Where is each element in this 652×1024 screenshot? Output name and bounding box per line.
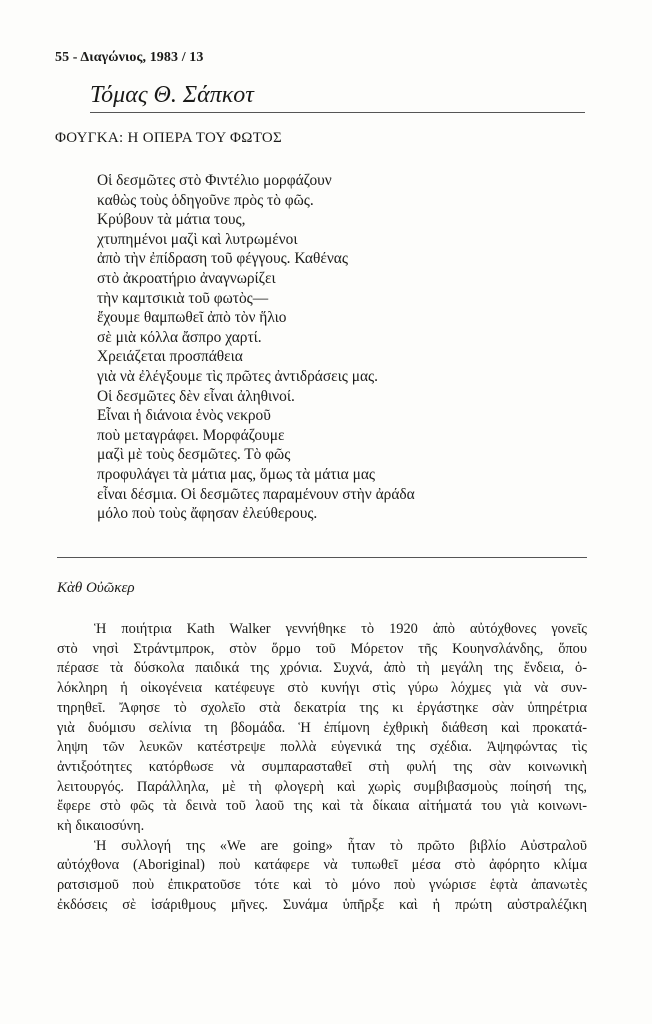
poem-line: ποὺ μεταγράφει. Μορφάζουμε xyxy=(97,426,415,446)
poem-line: χτυπημένοι μαζὶ καὶ λυτρωμένοι xyxy=(97,230,415,250)
poem-line: Εἶναι ἡ διάνοια ἑνὸς νεκροῦ xyxy=(97,406,415,426)
poem-line: Οἱ δεσμῶτες στὸ Φιντέλιο μορφάζουν xyxy=(97,171,415,191)
poem-body: Οἱ δεσμῶτες στὸ Φιντέλιο μορφάζουν καθὼς… xyxy=(97,171,415,524)
bio-paragraph-2: Ἡ συλλογή της «We are going» ἦταν τὸ πρῶ… xyxy=(57,837,587,916)
bio-line: γιὰ δυόμισυ σελίνια τη βδομάδα. Ἡ ἐπίμον… xyxy=(57,719,587,739)
bio-paragraph-1: Ἡ ποιήτρια Kath Walker γεννήθηκε τὸ 1920… xyxy=(57,620,587,837)
bio-line: κὴ δικαιοσύνη. xyxy=(57,817,587,837)
poem-line: σὲ μιὰ κόλλα ἄσπρο χαρτί. xyxy=(97,328,415,348)
bio-line: ρατσισμοῦ ποὺ ἐπικρατοῦσε τότε καὶ τὸ μό… xyxy=(57,876,587,896)
poem-line: ἔχουμε θαμπωθεῖ ἀπὸ τὸν ἥλιο xyxy=(97,308,415,328)
section-rule-divider xyxy=(57,557,587,558)
poem-line: τὴν καμτσικιὰ τοῦ φωτὸς— xyxy=(97,289,415,309)
bio-line: ἀντιξοότητες κατόρθωσε νὰ συμπαρασταθεῖ … xyxy=(57,758,587,778)
poem-line: μόλο ποὺ τοὺς ἄφησαν ἐλεύθερους. xyxy=(97,504,415,524)
bio-line: τηρηθεῖ. Ἄφησε τὸ σχολεῖο στὰ δεκατρία τ… xyxy=(57,699,587,719)
poem-line: καθὼς τοὺς ὁδηγοῦνε πρὸς τὸ φῶς. xyxy=(97,191,415,211)
poem-line: Οἱ δεσμῶτες δὲν εἶναι ἀληθινοί. xyxy=(97,387,415,407)
author-rule-divider xyxy=(90,112,585,113)
poem-line: μαζὶ μὲ τοὺς δεσμῶτες. Τὸ φῶς xyxy=(97,445,415,465)
poem-line: εἶναι δέσμια. Οἱ δεσμῶτες παραμένουν στὴ… xyxy=(97,485,415,505)
poem-line: γιὰ νὰ ἐλέγξουμε τὶς πρῶτες ἀντιδράσεις … xyxy=(97,367,415,387)
bio-line: ἐκδόσεις σὲ ἰσάριθμους μῆνες. Συνάμα ὑπῆ… xyxy=(57,896,587,916)
bio-line: στὸ νησὶ Στράντμπροκ, στὸν ὅρμο τοῦ Μόρε… xyxy=(57,640,587,660)
author-name: Τόμας Θ. Σάπκοτ xyxy=(90,82,254,109)
poem-line: ἀπὸ τὴν ἐπίδραση τοῦ φέγγους. Καθένας xyxy=(97,249,415,269)
bio-line: Ἡ συλλογή της «We are going» ἦταν τὸ πρῶ… xyxy=(57,837,587,857)
poem-line: προφυλάγει τὰ μάτια μας, ὅμως τὰ μάτια μ… xyxy=(97,465,415,485)
bio-text: Ἡ ποιήτρια Kath Walker γεννήθηκε τὸ 1920… xyxy=(57,620,587,916)
bio-line: ληψη τῶν λευκῶν κατέστρεψε πολλὰ εὐγενικ… xyxy=(57,738,587,758)
bio-line: ἔφερε στὸ φῶς τὰ δεινὰ τοῦ λαοῦ της καὶ … xyxy=(57,797,587,817)
bio-line: αὐτόχθονα (Aboriginal) ποὺ κατάφερε νὰ τ… xyxy=(57,856,587,876)
poem-line: στὸ ἀκροατήριο ἀναγνωρίζει xyxy=(97,269,415,289)
poem-title: ΦΟΥΓΚΑ: Η ΟΠΕΡΑ ΤΟΥ ΦΩΤΟΣ xyxy=(55,130,282,147)
poem-line: Κρύβουν τὰ μάτια τους, xyxy=(97,210,415,230)
bio-line: πέρασε τὰ δύσκολα παιδικά της χρόνια. Συ… xyxy=(57,659,587,679)
poem-line: Χρειάζεται προσπάθεια xyxy=(97,347,415,367)
running-head: 55 - Διαγώνιος, 1983 / 13 xyxy=(55,50,204,66)
bio-line: Ἡ ποιήτρια Kath Walker γεννήθηκε τὸ 1920… xyxy=(57,620,587,640)
bio-line: λειτουργός. Παράλληλα, μὲ τὴ φλογερὴ καὶ… xyxy=(57,778,587,798)
bio-title: Κὰθ Οὐῶκερ xyxy=(57,580,135,597)
bio-line: λόκληρη ἡ οἰκογένεια κατέφευγε στὸ κυνήγ… xyxy=(57,679,587,699)
